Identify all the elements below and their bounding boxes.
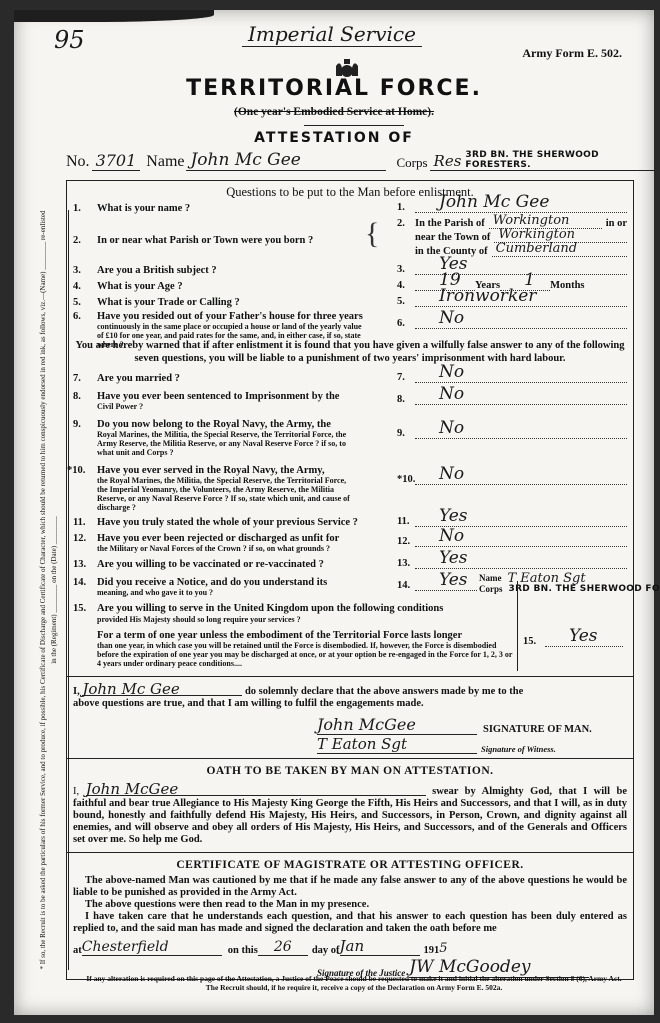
footer-alteration-note: If any alteration is required on this pa… [74,974,634,983]
man-signature: John McGee [317,715,477,735]
oath-title: OATH TO BE TAKEN BY MAN ON ATTESTATION. [67,765,633,777]
no-label: No. [66,153,90,171]
question-3: 3. Are you a British subject ? [73,265,363,276]
form-title: TERRITORIAL FORCE. [14,76,654,101]
false-answer-warning: You are hereby warned that if after enli… [73,339,627,365]
declaration-section: I, John Mc Gee do solemnly declare that … [67,677,633,759]
footer-copy-note: The Recruit should, if he require it, re… [74,983,634,992]
corps-label: Corps [396,155,427,171]
attestation-heading: ATTESTATION OF [14,130,654,146]
questions-section: Questions to be put to the Man before en… [67,181,633,677]
certificate-p2: The above questions were then read to th… [73,899,627,911]
corps-stamp: 3RD BN. THE SHERWOOD FORESTERS. [465,150,652,170]
corps-field: Res 3RD BN. THE SHERWOOD FORESTERS. [430,150,656,171]
folio-number: 95 [54,26,85,54]
recruit-name: John Mc Gee [186,150,386,171]
attestation-place-date: at Chesterfield on this 26 day of Jan 19… [73,937,448,956]
declarant-name: John Mc Gee [82,683,242,696]
oath-text: I, John McGee swear by Almighty God, tha… [73,783,627,846]
form-id: Army Form E. 502. [522,46,622,61]
question-1: 1. What is your name ? [73,203,363,214]
question-10: *10. Have you ever served in the Royal N… [67,465,357,512]
divider [517,581,518,671]
answer-12: 12. No [397,535,627,547]
answer-6: 6. No [397,317,627,329]
answer-7: 7. No [397,371,627,383]
form-box: Questions to be put to the Man before en… [66,180,634,980]
royal-crest-icon [332,58,362,78]
question-14: 14. Did you receive a Notice, and do you… [73,577,363,597]
witness-signature-row: T Eaton Sgt Signature of Witness. [317,735,556,754]
certificate-title: CERTIFICATE OF MAGISTRATE OR ATTESTING O… [67,859,633,871]
answer-13: 13. Yes [397,557,627,569]
question-15: 15. Are you willing to serve in the Unit… [73,603,513,625]
attestation-day: 26 [258,939,308,956]
witness-signature: T Eaton Sgt [317,735,477,754]
certificate-p3: I have taken care that he understands ea… [73,911,627,935]
declaration-text: I, John Mc Gee do solemnly declare that … [73,683,627,710]
birth-parish: Workington [493,213,570,228]
answer-3: 3. Yes [397,263,627,275]
question-8: 8. Have you ever been sentenced to Impri… [73,391,363,411]
form-subtitle-struck: (One year's Embodied Service at Home). [14,106,654,118]
question-12: 12. Have you ever been rejected or disch… [73,533,363,553]
attestation-year-suffix: 5 [439,941,447,956]
service-conditions: For a term of one year unless the embodi… [73,631,513,668]
answer-1-value: John Mc Gee [439,192,549,212]
answer-15: 15. Yes [523,635,623,647]
oath-section: OATH TO BE TAKEN BY MAN ON ATTESTATION. … [67,759,633,853]
service-annotation: Imperial Service [242,22,422,47]
answer-10: *10. No [397,473,627,485]
oath-name: John McGee [86,783,426,796]
answer-2-county: in the County of Cumberland [397,245,627,257]
birth-county: Cumberland [496,241,577,256]
certificate-p1: The above-named Man was cautioned by me … [73,875,627,899]
question-2: 2. In or near what Parish or Town were y… [73,235,363,246]
name-label: Name [146,153,184,171]
question-9: 9. Do you now belong to the Royal Navy, … [73,419,363,457]
enlistment-line: No. 3701 Name John Mc Gee Corps Res 3RD … [66,150,656,171]
corps-handwritten: Res [434,152,462,170]
answer-8: 8. No [397,393,627,405]
attestation-month: Jan [340,937,420,956]
brace: { [365,219,379,249]
sidebar-text: * If so, the Recruit is to be asked the … [38,210,60,970]
question-11: 11. Have you truly stated the whole of y… [73,517,363,528]
question-4: 4. What is your Age ? [73,281,363,292]
answer-1: 1. John Mc Gee [397,201,627,213]
question-7: 7. Are you married ? [73,373,363,384]
notice-name: T Eaton Sgt [508,573,586,584]
regimental-number: 3701 [92,151,141,171]
attestation-page: 95 Imperial Service Army Form E. 502. TE… [14,10,654,1015]
notice-corps-stamp: 3RD BN. THE SHERWOOD FORESTERS [509,584,660,595]
birth-town: Workington [498,227,575,242]
answer-14: 14. Yes [397,579,477,591]
scan-shadow [14,10,214,22]
question-13: 13. Are you willing to be vaccinated or … [73,559,363,570]
question-5: 5. What is your Trade or Calling ? [73,297,363,308]
answer-11: 11. Yes [397,515,627,527]
answer-9: 9. No [397,427,627,439]
notice-giver: Name T Eaton Sgt Corps 3RD BN. THE SHERW… [479,573,639,595]
divider [304,125,404,126]
certificate-section: CERTIFICATE OF MAGISTRATE OR ATTESTING O… [67,853,633,981]
sidebar-note: * If so, the Recruit is to be asked the … [38,210,68,970]
footer-notes: If any alteration is required on this pa… [74,974,634,992]
man-signature-row: John McGee SIGNATURE OF MAN. [317,715,592,735]
attestation-place: Chesterfield [82,939,222,956]
answer-5: 5. Ironworker [397,295,627,307]
